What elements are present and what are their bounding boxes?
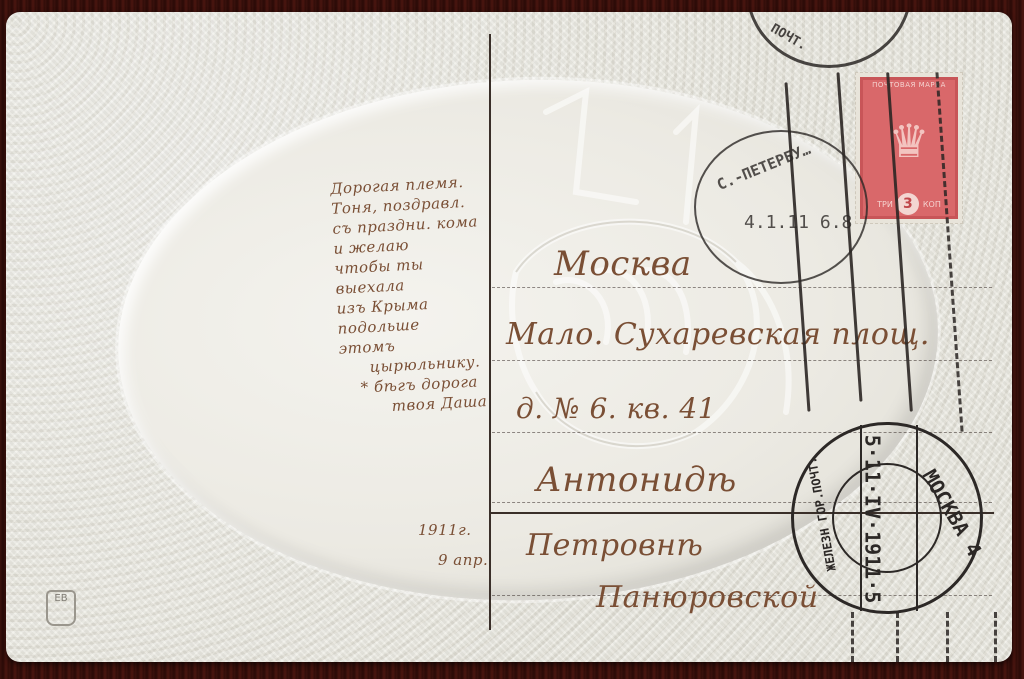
- postmark-top-text: ПОЧТ.: [768, 21, 809, 54]
- postmark-departure-city: С.-ПЕТЕРБУ…: [714, 140, 813, 194]
- postcard: ЕВ Дорогая племя. Тоня, поздравл. съ пра…: [6, 12, 1012, 662]
- address-line-1: [492, 287, 992, 288]
- postmark-top-partial: ПОЧТ.: [746, 12, 912, 68]
- message-block: Дорогая племя. Тоня, поздравл. съ праздн…: [330, 171, 488, 418]
- address-recipient-first-name: Антонидѣ: [536, 460, 737, 500]
- address-recipient-patronymic: Петровнѣ: [526, 528, 703, 563]
- address-street: Мало. Сухаревская площ.: [506, 317, 930, 352]
- cancellation-dashed-bar: [896, 612, 899, 662]
- postmark-departure: С.-ПЕТЕРБУ… 4.1.11 6.8: [694, 130, 868, 284]
- cancellation-dashed-bar: [851, 612, 854, 662]
- message-date-year: 1911г.: [418, 520, 472, 540]
- stamp-value-word: ТРИ: [877, 200, 893, 209]
- postmark-departure-date: 4.1.11 6.8: [744, 212, 852, 233]
- address-line-2: [492, 360, 992, 361]
- address-recipient-last-name: Панюровской: [596, 580, 819, 615]
- postmark-arrival-date: 5·11·IV·1911·5: [860, 435, 884, 604]
- publisher-logo: ЕВ: [46, 590, 76, 626]
- message-date-day: 9 апр.: [438, 550, 488, 570]
- postmark-arrival: 5·11·IV·1911·5 МОСКВА 4 ЖЕЛЕЗН ГОР.ПОЧТ.: [791, 422, 983, 614]
- cancellation-dashed-bar: [946, 612, 949, 662]
- cancellation-dashed-bar: [994, 612, 997, 662]
- address-house: д. № 6. кв. 41: [516, 392, 716, 425]
- stamp-value-number: 3: [897, 193, 919, 215]
- publisher-logo-text: ЕВ: [54, 593, 67, 604]
- stamp-header-text: ПОЧТОВАЯ МАРКА: [872, 81, 946, 89]
- vertical-divider: [489, 34, 491, 630]
- stamp-currency: КОП: [923, 200, 941, 209]
- address-city: Москва: [554, 244, 692, 284]
